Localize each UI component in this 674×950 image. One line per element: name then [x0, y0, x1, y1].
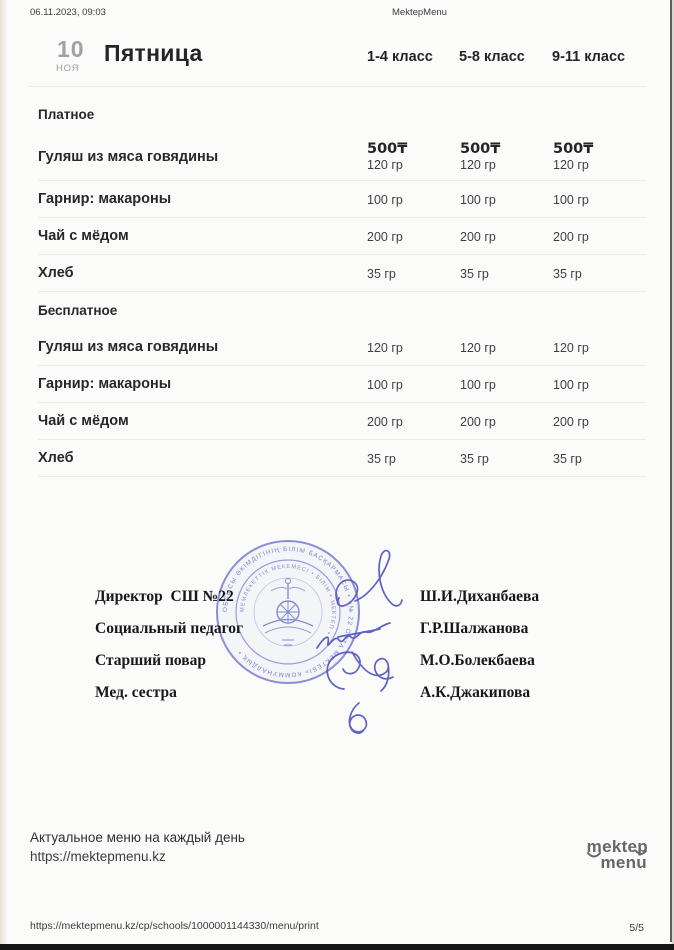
- section-title-paid: Платное: [38, 96, 646, 133]
- menu-table: Платное Гуляш из мяса говядины 500₸ 120 …: [38, 96, 646, 477]
- weight-value: 120 гр: [460, 341, 553, 355]
- dish-name: Гарнир: макароны: [38, 191, 367, 207]
- logo-line-menu: menu: [587, 855, 647, 871]
- price-value: 500₸: [367, 141, 460, 157]
- signature-role: Старший повар: [95, 652, 206, 670]
- weight-value: 200 гр: [367, 230, 460, 244]
- weight-value: 120 гр: [553, 158, 646, 172]
- table-row: Чай с мёдом 200 гр 200 гр 200 гр: [38, 218, 646, 255]
- price-value: 500₸: [553, 141, 646, 157]
- cell-class-5-8: 35 гр: [460, 451, 553, 466]
- cell-class-5-8: 200 гр: [460, 229, 553, 244]
- dish-name: Хлеб: [38, 450, 367, 466]
- signature-name: Ш.И.Диханбаева: [420, 588, 539, 606]
- signature-cook: [327, 652, 393, 691]
- weight-value: 200 гр: [460, 230, 553, 244]
- cell-class-5-8: 120 гр: [460, 340, 553, 355]
- column-header-class-1-4: 1-4 класс: [367, 49, 433, 65]
- signature-name: Г.Р.Шалжанова: [420, 620, 528, 638]
- weight-value: 200 гр: [553, 415, 646, 429]
- cell-class-9-11: 200 гр: [553, 229, 646, 244]
- weight-value: 100 гр: [367, 378, 460, 392]
- logo-breve-icon: [635, 850, 647, 856]
- cell-class-1-4: 100 гр: [367, 192, 460, 207]
- cell-class-9-11: 100 гр: [553, 377, 646, 392]
- cell-class-9-11: 35 гр: [553, 266, 646, 281]
- print-footer-url: https://mektepmenu.kz/cp/schools/1000001…: [30, 920, 319, 932]
- cell-class-9-11: 500₸ 120 гр: [553, 141, 646, 172]
- signature-role: Мед. сестра: [95, 684, 177, 702]
- dish-name: Гуляш из мяса говядины: [38, 149, 367, 165]
- signature-name: М.О.Болекбаева: [420, 652, 535, 670]
- date-month: НОЯ: [56, 63, 79, 74]
- column-header-class-5-8: 5-8 класс: [459, 49, 525, 65]
- print-footer-page: 5/5: [629, 922, 644, 934]
- mektepmenu-logo: mektep menu: [587, 838, 648, 871]
- weight-value: 35 гр: [460, 452, 553, 466]
- cell-class-9-11: 200 гр: [553, 414, 646, 429]
- table-row: Чай с мёдом 200 гр 200 гр 200 гр: [38, 403, 646, 440]
- weight-value: 120 гр: [367, 158, 460, 172]
- cell-class-5-8: 200 гр: [460, 414, 553, 429]
- scan-edge-bottom: [0, 944, 674, 950]
- weight-value: 35 гр: [460, 267, 553, 281]
- date-day-number: 10: [57, 36, 85, 63]
- printed-menu-page: { "print_header": { "datetime": "06.11.2…: [0, 0, 674, 950]
- cell-class-9-11: 120 гр: [553, 340, 646, 355]
- footer-site-url: https://mektepmenu.kz: [30, 849, 166, 864]
- column-header-class-9-11: 9-11 класс: [552, 49, 625, 65]
- weight-value: 120 гр: [367, 341, 460, 355]
- cell-class-1-4: 35 гр: [367, 266, 460, 281]
- cell-class-5-8: 35 гр: [460, 266, 553, 281]
- dish-name: Чай с мёдом: [38, 413, 367, 429]
- signature-director: [336, 551, 402, 606]
- weight-value: 35 гр: [553, 267, 646, 281]
- weight-value: 100 гр: [460, 193, 553, 207]
- weight-value: 200 гр: [553, 230, 646, 244]
- table-row: Гарнир: макароны 100 гр 100 гр 100 гр: [38, 366, 646, 403]
- scan-edge-left: [0, 0, 8, 950]
- weight-value: 120 гр: [460, 158, 553, 172]
- cell-class-5-8: 500₸ 120 гр: [460, 141, 553, 172]
- print-app-title: MektepMenu: [392, 7, 447, 18]
- cell-class-1-4: 200 гр: [367, 229, 460, 244]
- table-row: Хлеб 35 гр 35 гр 35 гр: [38, 440, 646, 477]
- print-datetime: 06.11.2023, 09:03: [30, 7, 106, 18]
- price-value: 500₸: [460, 141, 553, 157]
- cell-class-1-4: 500₸ 120 гр: [367, 141, 460, 172]
- cell-class-5-8: 100 гр: [460, 192, 553, 207]
- page-title-weekday: Пятница: [104, 40, 203, 67]
- cell-class-9-11: 100 гр: [553, 192, 646, 207]
- weight-value: 100 гр: [553, 193, 646, 207]
- weight-value: 35 гр: [367, 267, 460, 281]
- signature-role: Социальный педагог: [95, 620, 243, 638]
- weight-value: 100 гр: [367, 193, 460, 207]
- weight-value: 35 гр: [367, 452, 460, 466]
- weight-value: 120 гр: [553, 341, 646, 355]
- cell-class-9-11: 35 гр: [553, 451, 646, 466]
- dish-name: Гуляш из мяса говядины: [38, 339, 367, 355]
- table-row: Гарнир: макароны 100 гр 100 гр 100 гр: [38, 181, 646, 218]
- menu-header: 10 НОЯ Пятница 1-4 класс 5-8 класс 9-11 …: [38, 36, 646, 88]
- cell-class-1-4: 200 гр: [367, 414, 460, 429]
- cell-class-1-4: 35 гр: [367, 451, 460, 466]
- weight-value: 200 гр: [367, 415, 460, 429]
- section-title-free: Бесплатное: [38, 292, 646, 329]
- header-divider: [28, 86, 646, 87]
- cell-class-5-8: 100 гр: [460, 377, 553, 392]
- table-row: Гуляш из мяса говядины 120 гр 120 гр 120…: [38, 329, 646, 366]
- cell-class-1-4: 100 гр: [367, 377, 460, 392]
- dish-name: Чай с мёдом: [38, 228, 367, 244]
- signature-pedagog: [317, 623, 390, 648]
- dish-name: Гарнир: макароны: [38, 376, 367, 392]
- signature-nurse: [349, 703, 366, 733]
- signature-name: А.К.Джакипова: [420, 684, 530, 702]
- footer-tagline: Актуальное меню на каждый день: [30, 830, 245, 845]
- table-row: Хлеб 35 гр 35 гр 35 гр: [38, 255, 646, 292]
- cell-class-1-4: 120 гр: [367, 340, 460, 355]
- scan-edge-right: [670, 0, 672, 942]
- table-row: Гуляш из мяса говядины 500₸ 120 гр 500₸ …: [38, 133, 646, 181]
- weight-value: 35 гр: [553, 452, 646, 466]
- dish-name: Хлеб: [38, 265, 367, 281]
- weight-value: 100 гр: [553, 378, 646, 392]
- signature-role: Директор СШ №22: [95, 588, 234, 606]
- weight-value: 200 гр: [460, 415, 553, 429]
- weight-value: 100 гр: [460, 378, 553, 392]
- handwritten-signatures: [290, 535, 425, 735]
